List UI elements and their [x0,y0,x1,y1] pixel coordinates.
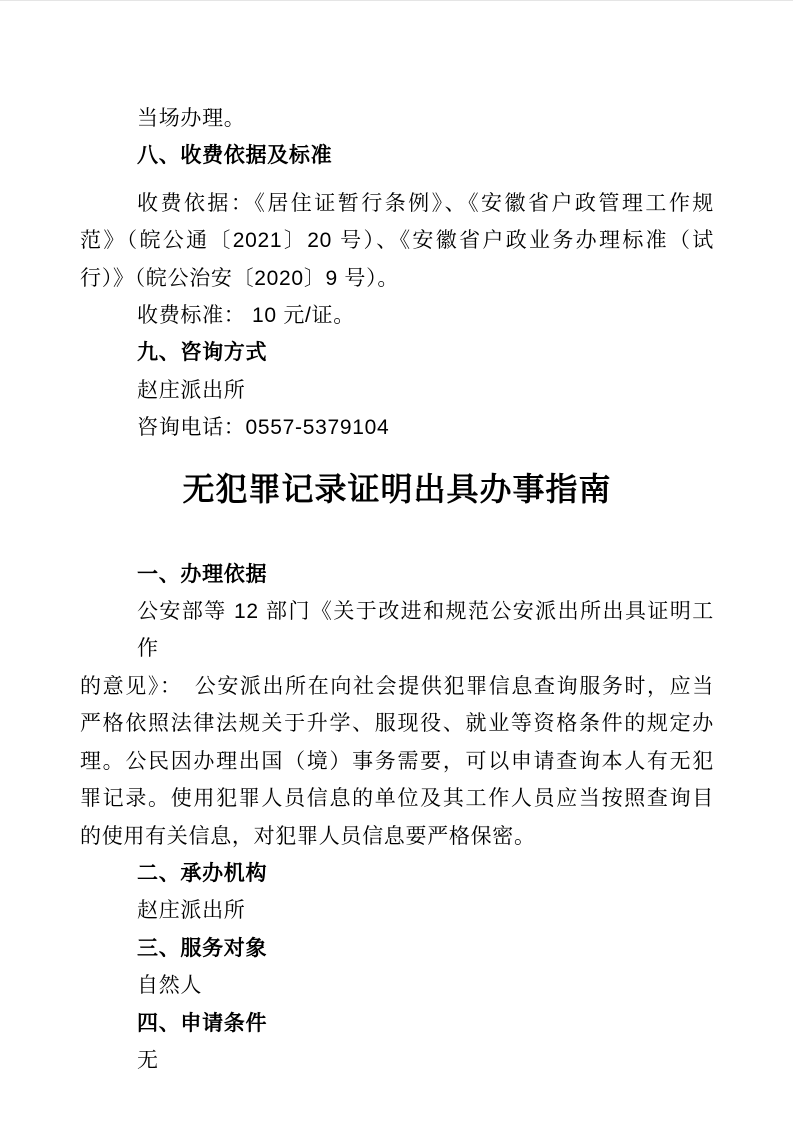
text-line: 四、申请条件 [80,1005,714,1042]
text-line: 九、咨询方式 [80,334,714,371]
text-line: 自然人 [80,967,714,1004]
document-title-text: 无犯罪记录证明出具办事指南 [80,465,714,513]
section-heading: 一、办理依据 [80,556,714,593]
section-heading: 九、咨询方式 [80,334,714,371]
body-paragraph: 公安部等 12 部门《关于改进和规范公安派出所出具证明工作的意见》： 公安派出所… [80,593,714,855]
document-viewport: { "page": { "background": "#ffffff", "te… [0,0,793,1122]
text-line: 赵庄派出所 [80,892,714,929]
body-paragraph: 当场办理。 [80,100,714,137]
text-line: 赵庄派出所 [80,372,714,409]
document-title: 无犯罪记录证明出具办事指南 [80,465,714,513]
section-heading: 四、申请条件 [80,1005,714,1042]
body-paragraph: 收费依据：《居住证暂行条例》、《安徽省户政管理工作规范》（皖公通〔2021〕20… [80,185,714,297]
section-heading: 八、收费依据及标准 [80,137,714,174]
text-line: 行）》（皖公治安〔2020〕9 号）。 [80,260,714,297]
body-paragraph: 咨询电话：0557-5379104 [80,409,714,446]
text-line: 收费依据：《居住证暂行条例》、《安徽省户政管理工作规 [80,185,714,222]
document-page: 当场办理。八、收费依据及标准收费依据：《居住证暂行条例》、《安徽省户政管理工作规… [0,1,793,1079]
text-line: 一、办理依据 [80,556,714,593]
text-line: 三、服务对象 [80,930,714,967]
section-heading: 二、承办机构 [80,855,714,892]
body-paragraph: 收费标准： 10 元/证。 [80,297,714,334]
section-heading: 三、服务对象 [80,930,714,967]
text-line: 罪记录。使用犯罪人员信息的单位及其工作人员应当按照查询目 [80,780,714,817]
text-line: 二、承办机构 [80,855,714,892]
text-line: 八、收费依据及标准 [80,137,714,174]
text-line: 咨询电话：0557-5379104 [80,409,714,446]
text-line: 范》（皖公通〔2021〕20 号）、《安徽省户政业务办理标准（试 [80,222,714,259]
text-line: 无 [80,1042,714,1079]
text-line: 当场办理。 [80,100,714,137]
body-paragraph: 无 [80,1042,714,1079]
text-line: 理。公民因办理出国（境）事务需要，可以申请查询本人有无犯 [80,743,714,780]
text-line: 收费标准： 10 元/证。 [80,297,714,334]
body-paragraph: 赵庄派出所 [80,892,714,929]
text-line: 的意见》： 公安派出所在向社会提供犯罪信息查询服务时，应当 [80,668,714,705]
text-line: 严格依照法律法规关于升学、服现役、就业等资格条件的规定办 [80,705,714,742]
text-line: 公安部等 12 部门《关于改进和规范公安派出所出具证明工作 [80,593,714,668]
text-line: 的使用有关信息，对犯罪人员信息要严格保密。 [80,818,714,855]
body-paragraph: 赵庄派出所 [80,372,714,409]
body-paragraph: 自然人 [80,967,714,1004]
